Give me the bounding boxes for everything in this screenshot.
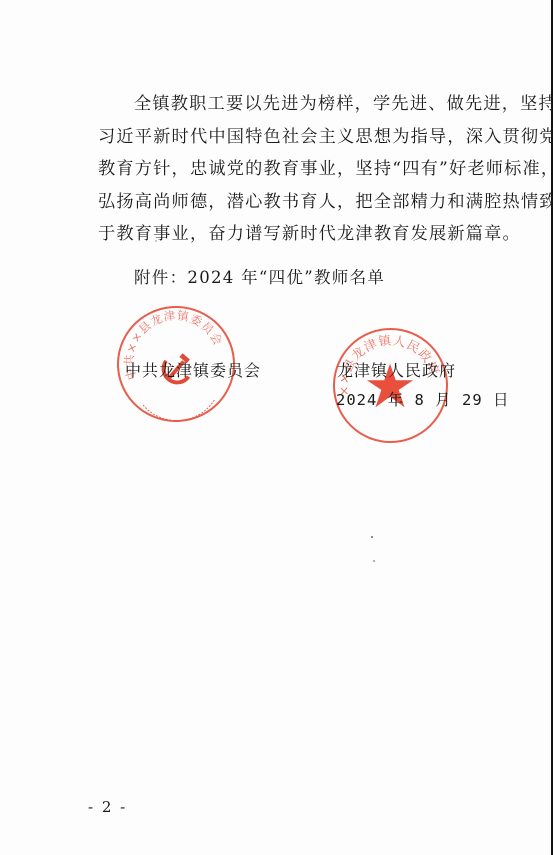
right-signature-org: 龙津镇人民政府 (337, 358, 456, 381)
government-seal: ××县龙津镇人民政府 (333, 328, 448, 443)
star-icon: ××县龙津镇人民政府 (335, 330, 446, 441)
body-paragraph: 全镇教职工要以先进为榜样，学先进、做先进，坚持以 习近平新时代中国特色社会主义思… (98, 88, 510, 251)
signature-date: 2024 年 8 月 29 日 (336, 388, 509, 410)
document-page: 全镇教职工要以先进为榜样，学先进、做先进，坚持以 习近平新时代中国特色社会主义思… (0, 0, 553, 855)
page-number: - 2 - (88, 798, 127, 816)
left-signature-org: 中共龙津镇委员会 (125, 358, 261, 381)
body-line: 弘扬高尚师德，潜心教书育人，把全部精力和满腔热情致力 (98, 186, 510, 219)
scan-speck (371, 536, 373, 538)
attachment-note: 附件：2024 年“四优”教师名单 (134, 264, 385, 288)
body-line: 全镇教职工要以先进为榜样，学先进、做先进，坚持以 (98, 88, 510, 121)
scan-speck (155, 240, 157, 242)
scan-speck (373, 560, 375, 562)
body-line: 习近平新时代中国特色社会主义思想为指导，深入贯彻党的 (98, 121, 510, 154)
body-line: 于教育事业，奋力谱写新时代龙津教育发展新篇章。 (98, 218, 510, 251)
body-line: 教育方针，忠诚党的教育事业，坚持“四有”好老师标准， (98, 153, 510, 186)
